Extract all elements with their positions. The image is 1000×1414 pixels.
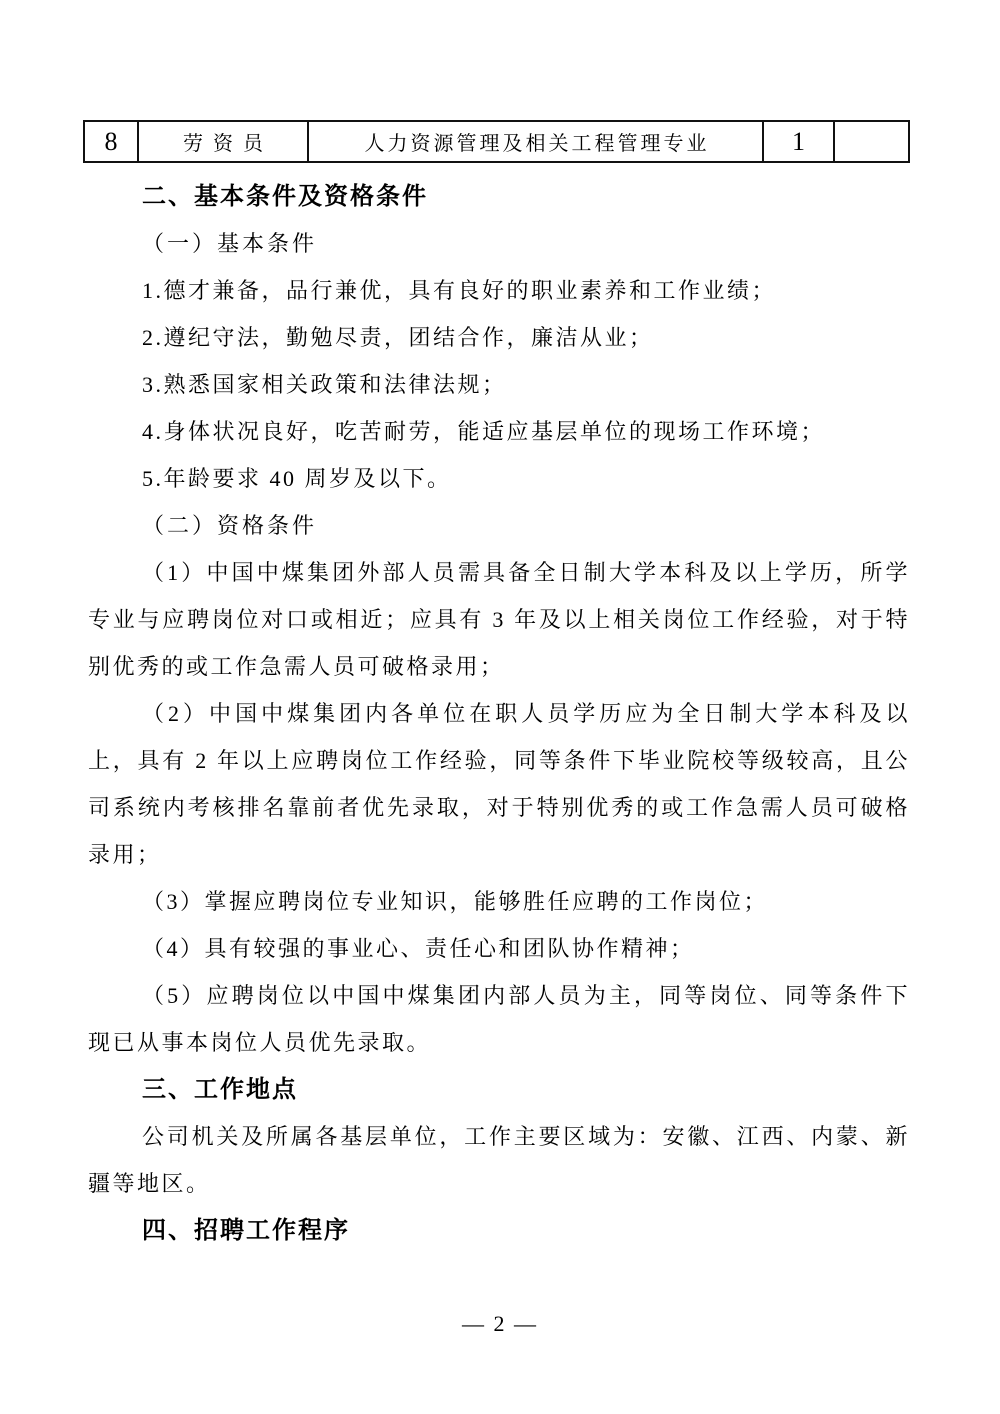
cell-major: 人力资源管理及相关工程管理专业: [308, 121, 763, 162]
document-page: 8 劳资员 人力资源管理及相关工程管理专业 1 二、基本条件及资格条件 （一）基…: [0, 0, 1000, 1414]
position-table: 8 劳资员 人力资源管理及相关工程管理专业 1: [83, 120, 910, 163]
table-row: 8 劳资员 人力资源管理及相关工程管理专业 1: [84, 121, 909, 162]
qualification-3: （3）掌握应聘岗位专业知识，能够胜任应聘的工作岗位；: [88, 878, 910, 925]
basic-condition-3: 3.熟悉国家相关政策和法律法规；: [88, 361, 910, 408]
section2-sub2-heading: （二）资格条件: [88, 502, 910, 549]
qualification-5: （5）应聘岗位以中国中煤集团内部人员为主，同等岗位、同等条件下现已从事本岗位人员…: [88, 972, 910, 1066]
qualification-1: （1）中国中煤集团外部人员需具备全日制大学本科及以上学历，所学专业与应聘岗位对口…: [88, 549, 910, 690]
cell-position: 劳资员: [138, 121, 308, 162]
document-body: 二、基本条件及资格条件 （一）基本条件 1.德才兼备，品行兼优，具有良好的职业素…: [88, 173, 910, 1254]
cell-seq: 8: [84, 121, 138, 162]
basic-condition-4: 4.身体状况良好，吃苦耐劳，能适应基层单位的现场工作环境；: [88, 408, 910, 455]
section3-body: 公司机关及所属各基层单位，工作主要区域为：安徽、江西、内蒙、新疆等地区。: [88, 1113, 910, 1207]
section4-heading: 四、招聘工作程序: [88, 1207, 910, 1254]
basic-condition-1: 1.德才兼备，品行兼优，具有良好的职业素养和工作业绩；: [88, 267, 910, 314]
cell-headcount: 1: [763, 121, 834, 162]
qualification-2: （2）中国中煤集团内各单位在职人员学历应为全日制大学本科及以上，具有 2 年以上…: [88, 690, 910, 878]
section2-heading: 二、基本条件及资格条件: [88, 173, 910, 220]
basic-condition-5: 5.年龄要求 40 周岁及以下。: [88, 455, 910, 502]
section2-sub1-heading: （一）基本条件: [88, 220, 910, 267]
cell-remark: [834, 121, 909, 162]
section3-heading: 三、工作地点: [88, 1066, 910, 1113]
basic-condition-2: 2.遵纪守法，勤勉尽责，团结合作，廉洁从业；: [88, 314, 910, 361]
page-number: — 2 —: [0, 1300, 1000, 1347]
qualification-4: （4）具有较强的事业心、责任心和团队协作精神；: [88, 925, 910, 972]
